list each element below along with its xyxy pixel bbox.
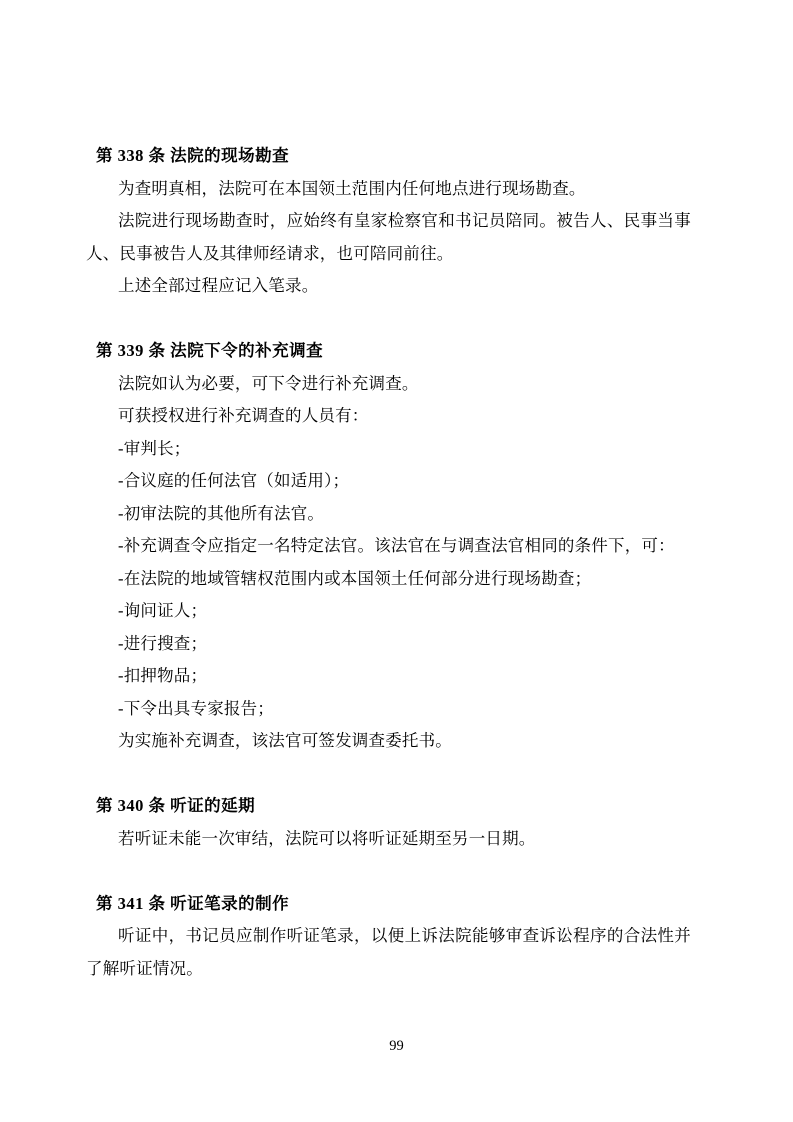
page-footer: 99 bbox=[0, 1036, 793, 1056]
article-list-item: -扣押物品； bbox=[86, 660, 691, 693]
article-section-339: 第 339 条 法院下令的补充调查 法院如认为必要，可下令进行补充调查。 可获授… bbox=[86, 335, 691, 758]
page-number: 99 bbox=[389, 1038, 404, 1054]
article-paragraph: 法院如认为必要，可下令进行补充调查。 bbox=[86, 368, 691, 401]
article-list-item: -询问证人； bbox=[86, 595, 691, 628]
article-list-item: -审判长； bbox=[86, 433, 691, 466]
article-paragraph: 为实施补充调查，该法官可签发调查委托书。 bbox=[86, 725, 691, 758]
article-paragraph: 上述全部过程应记入笔录。 bbox=[86, 270, 691, 303]
article-paragraph: 可获授权进行补充调查的人员有： bbox=[86, 400, 691, 433]
article-list-item: -补充调查令应指定一名特定法官。该法官在与调查法官相同的条件下，可： bbox=[86, 530, 691, 563]
article-list-item: -合议庭的任何法官（如适用）； bbox=[86, 465, 691, 498]
article-heading: 第 339 条 法院下令的补充调查 bbox=[86, 335, 691, 368]
article-list-item: -进行搜查； bbox=[86, 628, 691, 661]
document-page: 第 338 条 法院的现场勘查 为查明真相，法院可在本国领土范围内任何地点进行现… bbox=[0, 0, 793, 1122]
article-list-item: -初审法院的其他所有法官。 bbox=[86, 498, 691, 531]
article-section-340: 第 340 条 听证的延期 若听证未能一次审结，法院可以将听证延期至另一日期。 bbox=[86, 790, 691, 855]
article-paragraph: 为查明真相，法院可在本国领土范围内任何地点进行现场勘查。 bbox=[86, 173, 691, 206]
document-body: 第 338 条 法院的现场勘查 为查明真相，法院可在本国领土范围内任何地点进行现… bbox=[86, 140, 691, 985]
article-heading: 第 338 条 法院的现场勘查 bbox=[86, 140, 691, 173]
article-section-341: 第 341 条 听证笔录的制作 听证中，书记员应制作听证笔录，以便上诉法院能够审… bbox=[86, 888, 691, 986]
article-list-item: -下令出具专家报告； bbox=[86, 693, 691, 726]
article-paragraph: 法院进行现场勘查时，应始终有皇家检察官和书记员陪同。被告人、民事当事人、民事被告… bbox=[86, 205, 691, 270]
article-list-item: -在法院的地域管辖权范围内或本国领土任何部分进行现场勘查； bbox=[86, 563, 691, 596]
article-heading: 第 340 条 听证的延期 bbox=[86, 790, 691, 823]
article-section-338: 第 338 条 法院的现场勘查 为查明真相，法院可在本国领土范围内任何地点进行现… bbox=[86, 140, 691, 303]
article-heading: 第 341 条 听证笔录的制作 bbox=[86, 888, 691, 921]
article-paragraph: 若听证未能一次审结，法院可以将听证延期至另一日期。 bbox=[86, 823, 691, 856]
article-paragraph: 听证中，书记员应制作听证笔录，以便上诉法院能够审查诉讼程序的合法性并了解听证情况… bbox=[86, 920, 691, 985]
